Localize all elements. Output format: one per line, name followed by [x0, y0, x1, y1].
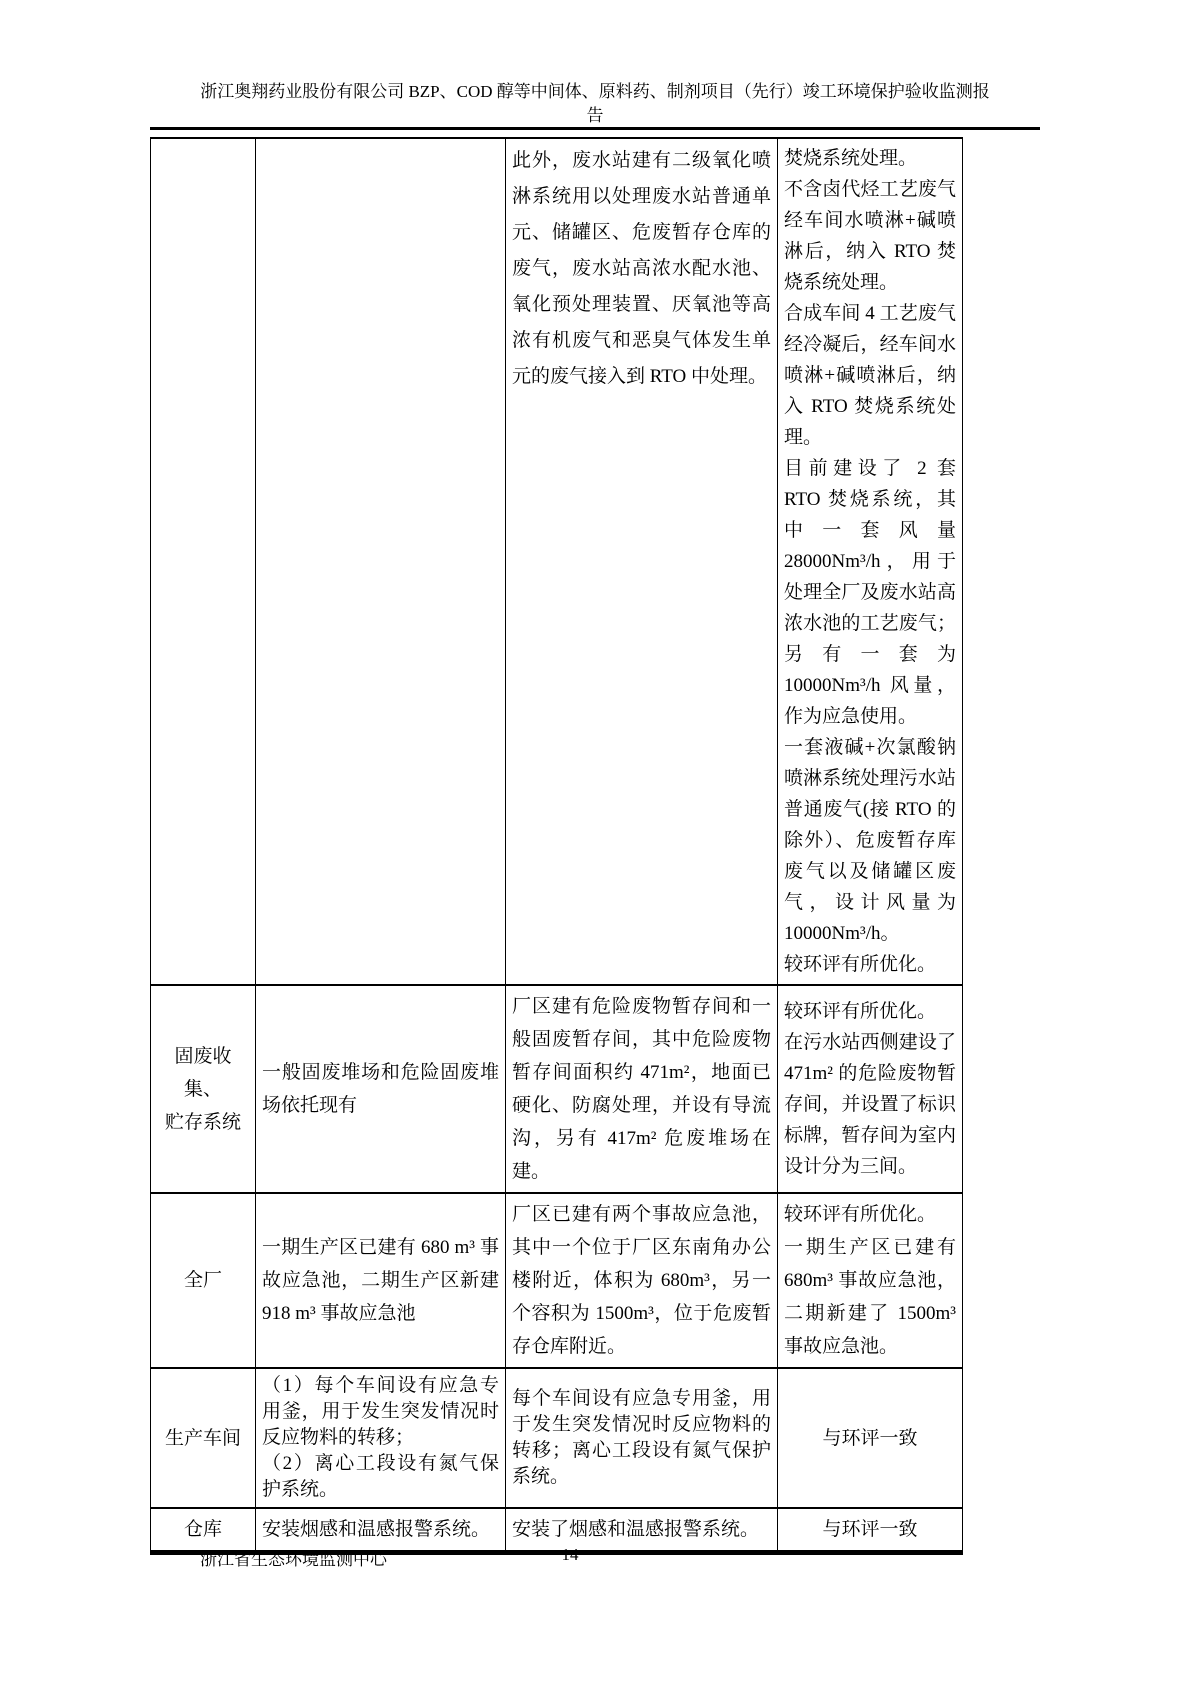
- cell-comparison: 与环评一致: [778, 1368, 963, 1508]
- cell-design: 一期生产区已建有 680 m³ 事故应急池，二期生产区新建 918 m³ 事故应…: [256, 1193, 506, 1368]
- footer-organization: 浙江省生态环境监测中心: [200, 1545, 387, 1570]
- table-row: 固废收集、 贮存系统 一般固废堆场和危险固废堆场依托现有 厂区建有危险废物暂存间…: [151, 985, 963, 1193]
- cell-design: （1）每个车间设有应急专用釜，用于发生突发情况时反应物料的转移； （2）离心工段…: [256, 1368, 506, 1508]
- cell-category: 固废收集、 贮存系统: [151, 985, 256, 1193]
- cell-text: 安装了烟感和温感报警系统。: [512, 1513, 771, 1546]
- cell-text: （1）每个车间设有应急专用釜，用于发生突发情况时反应物料的转移； （2）离心工段…: [262, 1373, 499, 1503]
- cell-text: 生产车间: [157, 1422, 249, 1455]
- footer-page-number: 14: [540, 1545, 600, 1565]
- cell-text: 固废收集、 贮存系统: [157, 1040, 249, 1139]
- header-rule: [150, 127, 1040, 130]
- cell-comparison: 与环评一致: [778, 1508, 963, 1553]
- cell-text: 每个车间设有应急专用釜，用于发生突发情况时反应物料的转移；离心工段设有氮气保护系…: [512, 1386, 771, 1490]
- cell-comparison: 较环评有所优化。 在污水站西侧建设了 471m² 的危险废物暂存间，并设置了标识…: [778, 985, 963, 1193]
- cell-text: 较环评有所优化。 在污水站西侧建设了 471m² 的危险废物暂存间，并设置了标识…: [784, 996, 956, 1182]
- cell-text: 较环评有所优化。 一期生产区已建有 680m³ 事故应急池，二期新建了 1500…: [784, 1198, 956, 1363]
- cell-built: 每个车间设有应急专用釜，用于发生突发情况时反应物料的转移；离心工段设有氮气保护系…: [506, 1368, 778, 1508]
- table-row: 全厂 一期生产区已建有 680 m³ 事故应急池，二期生产区新建 918 m³ …: [151, 1193, 963, 1368]
- cell-built: 厂区建有危险废物暂存间和一般固废暂存间，其中危险废物暂存间面积约 471m²，地…: [506, 985, 778, 1193]
- cell-text: 厂区建有危险废物暂存间和一般固废暂存间，其中危险废物暂存间面积约 471m²，地…: [512, 990, 771, 1188]
- cell-design: 一般固废堆场和危险固废堆场依托现有: [256, 985, 506, 1193]
- cell-category: 全厂: [151, 1193, 256, 1368]
- cell-text: 此外，废水站建有二级氧化喷淋系统用以处理废水站普通单元、储罐区、危废暂存仓库的废…: [512, 143, 771, 395]
- cell-text: 全厂: [157, 1264, 249, 1297]
- cell-built: 厂区已建有两个事故应急池，其中一个位于厂区东南角办公楼附近，体积为 680m³，…: [506, 1193, 778, 1368]
- cell-category: [151, 138, 256, 985]
- cell-text: 一般固废堆场和危险固废堆场依托现有: [262, 1056, 499, 1122]
- cell-text: 与环评一致: [784, 1422, 956, 1455]
- document-page: 浙江奥翔药业股份有限公司 BZP、COD 醇等中间体、原料药、制剂项目（先行）竣…: [0, 0, 1190, 1683]
- table-row: 此外，废水站建有二级氧化喷淋系统用以处理废水站普通单元、储罐区、危废暂存仓库的废…: [151, 138, 963, 985]
- cell-comparison: 较环评有所优化。 一期生产区已建有 680m³ 事故应急池，二期新建了 1500…: [778, 1193, 963, 1368]
- page-header: 浙江奥翔药业股份有限公司 BZP、COD 醇等中间体、原料药、制剂项目（先行）竣…: [150, 80, 1040, 128]
- cell-text: 一期生产区已建有 680 m³ 事故应急池，二期生产区新建 918 m³ 事故应…: [262, 1231, 499, 1330]
- cell-text: 焚烧系统处理。 不含卤代烃工艺废气经车间水喷淋+碱喷淋后，纳入 RTO 焚烧系统…: [784, 143, 956, 980]
- cell-text: 与环评一致: [784, 1513, 956, 1546]
- cell-text: 安装烟感和温感报警系统。: [262, 1513, 499, 1546]
- cell-design: [256, 138, 506, 985]
- acceptance-comparison-table: 此外，废水站建有二级氧化喷淋系统用以处理废水站普通单元、储罐区、危废暂存仓库的废…: [150, 137, 963, 1555]
- cell-text: 仓库: [157, 1513, 249, 1546]
- cell-text: 厂区已建有两个事故应急池，其中一个位于厂区东南角办公楼附近，体积为 680m³，…: [512, 1198, 771, 1363]
- table-row: 生产车间 （1）每个车间设有应急专用釜，用于发生突发情况时反应物料的转移； （2…: [151, 1368, 963, 1508]
- cell-category: 生产车间: [151, 1368, 256, 1508]
- cell-comparison: 焚烧系统处理。 不含卤代烃工艺废气经车间水喷淋+碱喷淋后，纳入 RTO 焚烧系统…: [778, 138, 963, 985]
- cell-built: 此外，废水站建有二级氧化喷淋系统用以处理废水站普通单元、储罐区、危废暂存仓库的废…: [506, 138, 778, 985]
